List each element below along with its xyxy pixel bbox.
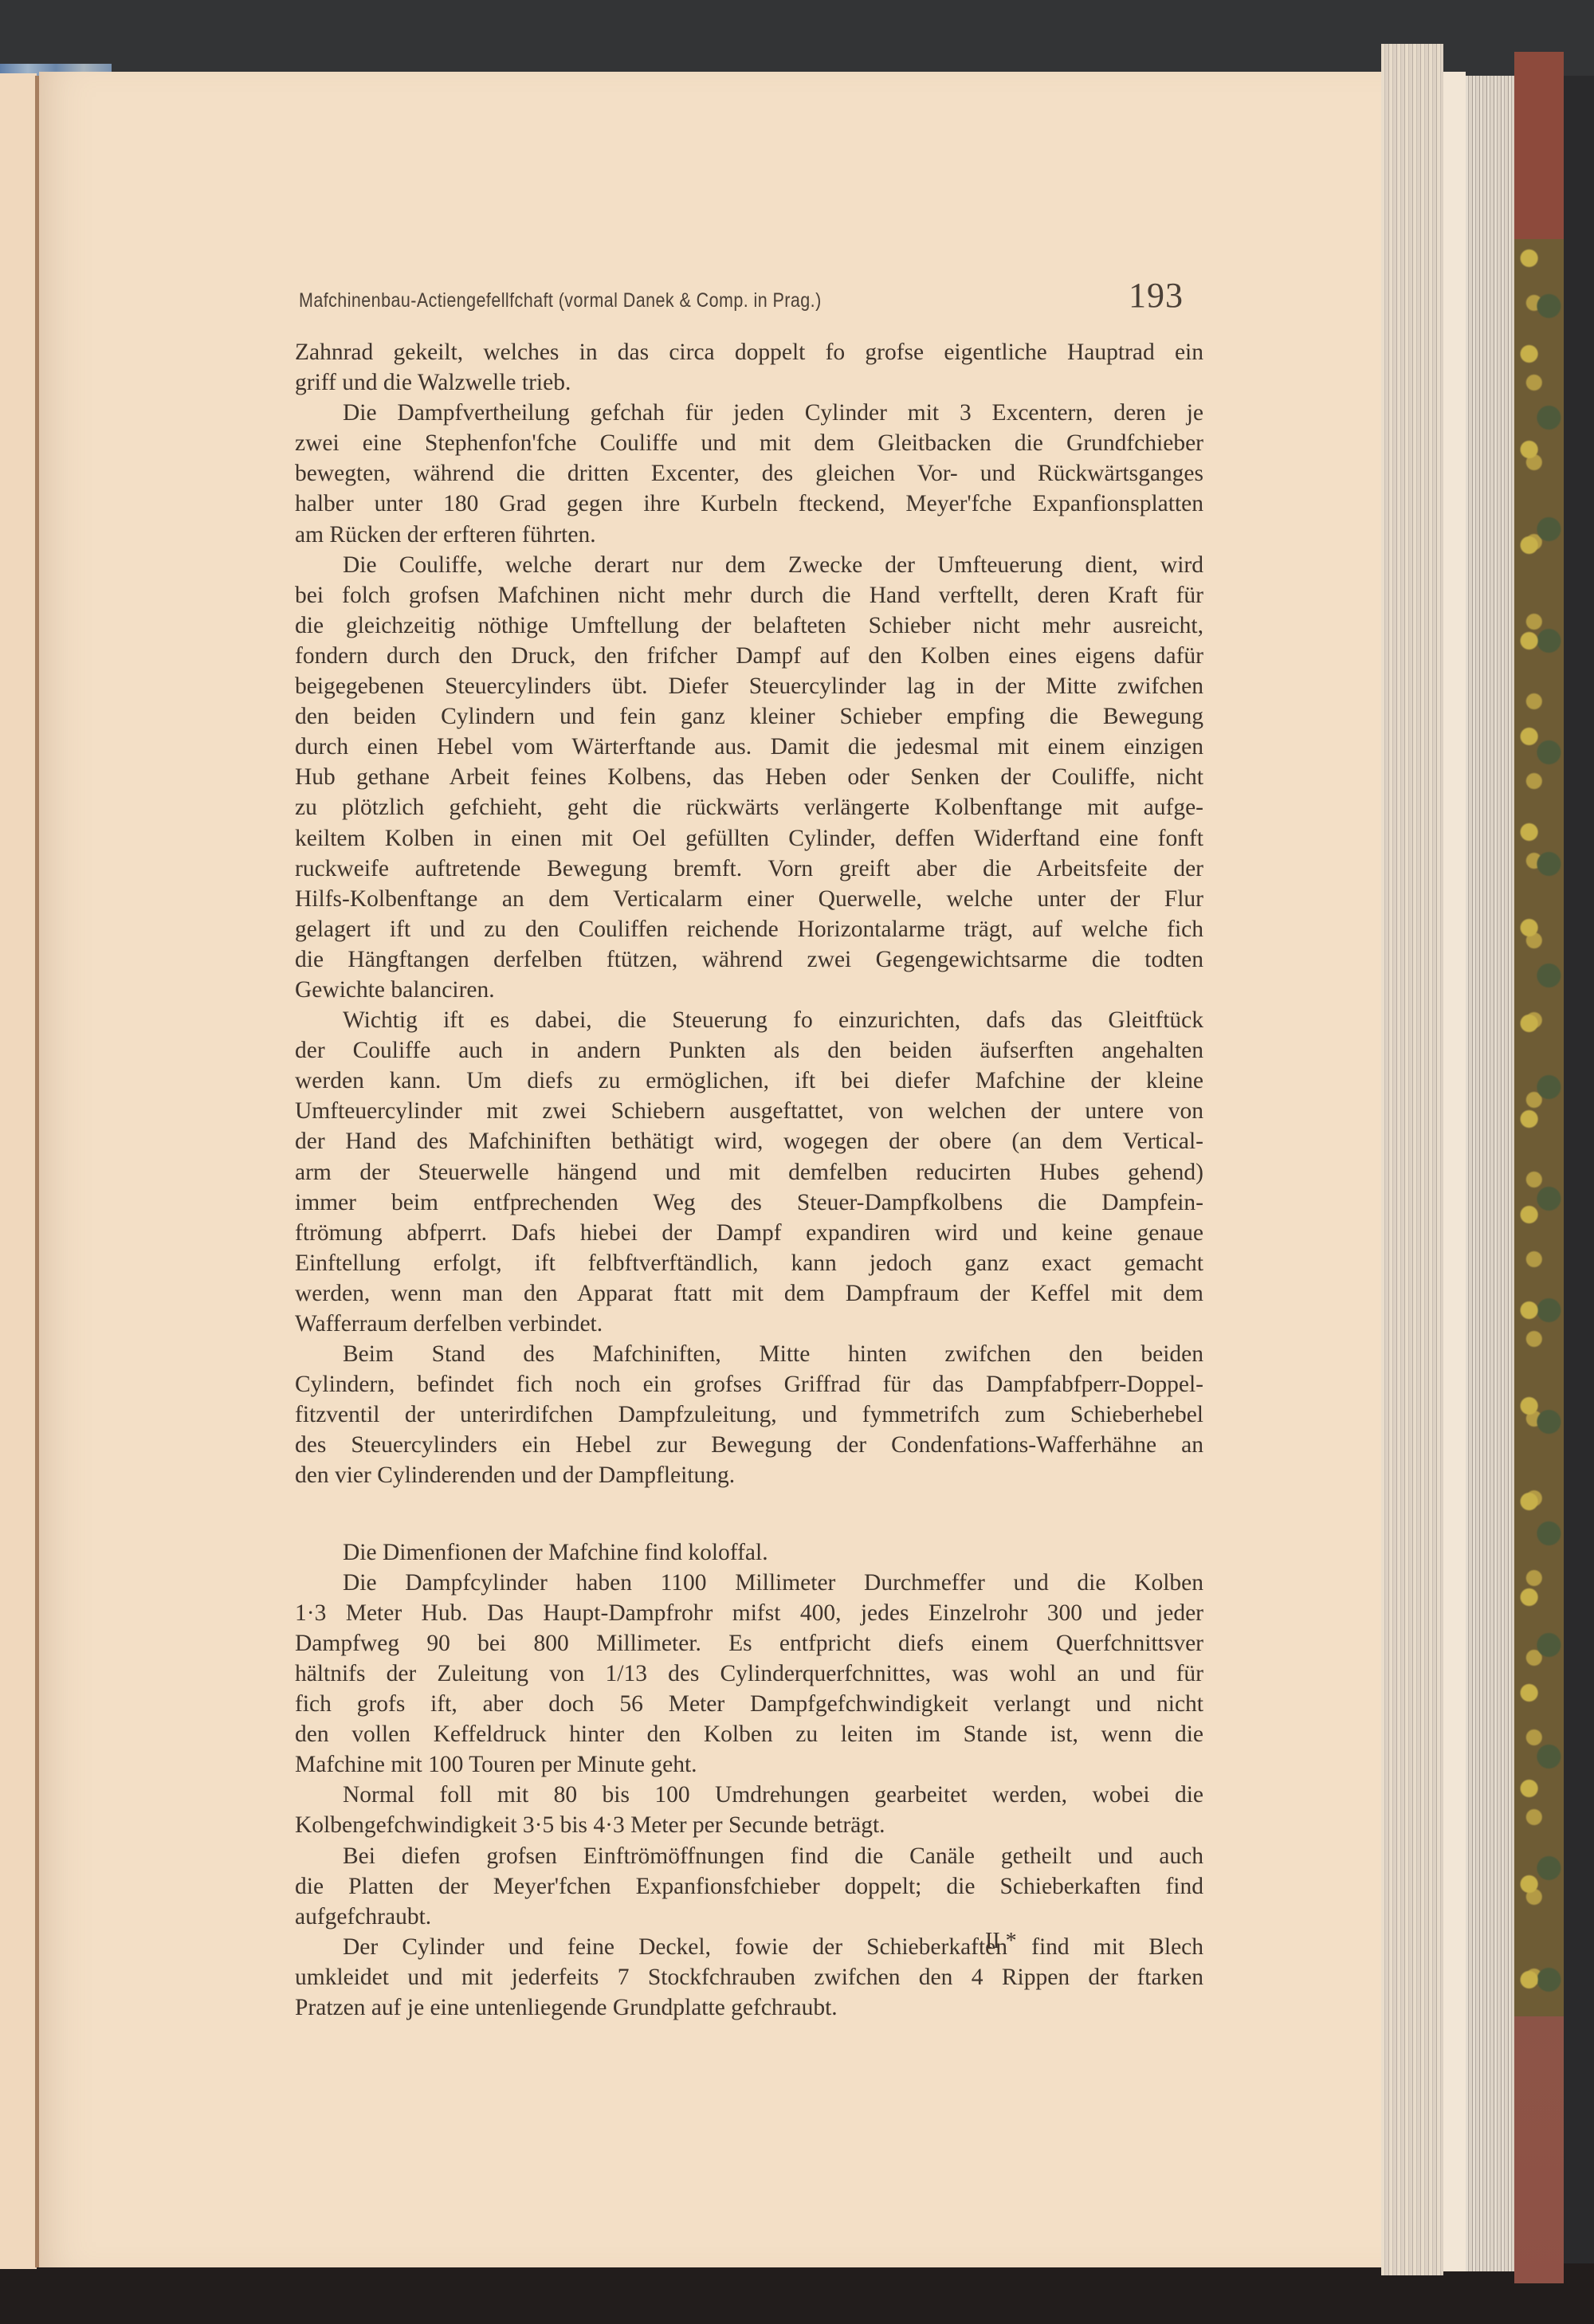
text-line: Die Dimenfionen der Mafchine find koloff… <box>295 1537 1203 1568</box>
text-line: ruckweife auftretende Bewegung bremft. V… <box>295 854 1203 884</box>
text-line: griff und die Walzwelle trieb. <box>295 367 1203 398</box>
text-line: ftrömung abfperrt. Dafs hiebei der Dampf… <box>295 1218 1203 1248</box>
text-line: 1·3 Meter Hub. Das Haupt-Dampfrohr mifst… <box>295 1598 1203 1628</box>
paragraph: Beim Stand des Mafchiniften, Mitte hinte… <box>295 1339 1203 1490</box>
text-line: Bei diefen grofsen Einftrömöffnungen fin… <box>295 1841 1203 1871</box>
text-line: Gewichte balanciren. <box>295 975 1203 1005</box>
running-head: Mafchinenbau-Actiengefellfchaft (vormal … <box>299 275 1184 316</box>
text-line: Mafchine mit 100 Touren per Minute geht. <box>295 1749 1203 1780</box>
text-line: beigegebenen Steuercylinders übt. Diefer… <box>295 671 1203 701</box>
text-line: die Hängftangen derfelben ftützen, währe… <box>295 944 1203 975</box>
page-number: 193 <box>1129 275 1184 316</box>
text-line: Die Dampfcylinder haben 1100 Millimeter … <box>295 1568 1203 1598</box>
text-line: den beiden Cylindern und fein ganz klein… <box>295 701 1203 732</box>
text-line: Kolbengefchwindigkeit 3·5 bis 4·3 Meter … <box>295 1810 1203 1840</box>
text-line: bei folch grofsen Mafchinen nicht mehr d… <box>295 580 1203 610</box>
text-line: Die Dampfvertheilung gefchah für jeden C… <box>295 398 1203 428</box>
text-line: halber unter 180 Grad gegen ihre Kurbeln… <box>295 489 1203 519</box>
paragraph: Die Couliffe, welche derart nur dem Zwec… <box>295 550 1203 1005</box>
page-stack-edge <box>1381 44 1443 2275</box>
paragraph: Bei diefen grofsen Einftrömöffnungen fin… <box>295 1841 1203 1932</box>
scan-background-bottom <box>0 2263 1594 2324</box>
page-body-text: Zahnrad gekeilt, welches in das circa do… <box>295 337 1203 2023</box>
text-line: Der Cylinder und feine Deckel, fowie der… <box>295 1932 1203 1962</box>
text-line: immer beim entfprechenden Weg des Steuer… <box>295 1188 1203 1218</box>
text-line: werden, wenn man den Apparat ftatt mit d… <box>295 1278 1203 1309</box>
paragraph: Die Dampfcylinder haben 1100 Millimeter … <box>295 1568 1203 1780</box>
text-line: Wafferraum derfelben verbindet. <box>295 1309 1203 1339</box>
paragraph: Zahnrad gekeilt, welches in das circa do… <box>295 337 1203 398</box>
text-line: gelagert ift und zu den Couliffen reiche… <box>295 914 1203 944</box>
text-line: Normal foll mit 80 bis 100 Umdrehungen g… <box>295 1780 1203 1810</box>
text-line: Cylindern, befindet fich noch ein grofse… <box>295 1369 1203 1400</box>
text-line: Zahnrad gekeilt, welches in das circa do… <box>295 337 1203 367</box>
text-line: Pratzen auf je eine untenliegende Grundp… <box>295 1992 1203 2023</box>
page-stack-flyleaf <box>1443 72 1466 2271</box>
paragraph: Normal foll mit 80 bis 100 Umdrehungen g… <box>295 1780 1203 1840</box>
paragraph: Der Cylinder und feine Deckel, fowie der… <box>295 1932 1203 2023</box>
text-line: die Platten der Meyer'fchen Expanfionsfc… <box>295 1871 1203 1902</box>
text-line: Wichtig ift es dabei, die Steuerung fo e… <box>295 1005 1203 1035</box>
text-line: bewegten, während die dritten Excenter, … <box>295 458 1203 489</box>
text-line: der Couliffe auch in andern Punkten als … <box>295 1035 1203 1066</box>
text-line: umkleidet und mit jederfeits 7 Stockfchr… <box>295 1962 1203 1992</box>
left-page-edge <box>0 73 37 2269</box>
signature-mark: II * <box>985 1929 1017 1954</box>
text-line: Umfteuercylinder mit zwei Schiebern ausg… <box>295 1096 1203 1126</box>
text-line: fitzventil der unterirdifchen Dampfzulei… <box>295 1400 1203 1430</box>
text-line: zu plötzlich gefchieht, geht die rückwär… <box>295 792 1203 822</box>
text-line: hältnifs der Zuleitung von 1/13 des Cyli… <box>295 1659 1203 1689</box>
text-line: Einftellung erfolgt, ift felbftverftändl… <box>295 1248 1203 1278</box>
paragraph: Wichtig ift es dabei, die Steuerung fo e… <box>295 1005 1203 1339</box>
text-line: den vollen Keffeldruck hinter den Kolben… <box>295 1719 1203 1749</box>
text-line: Hub gethane Arbeit feines Kolbens, das H… <box>295 762 1203 792</box>
paragraph: Die Dampfvertheilung gefchah für jeden C… <box>295 398 1203 549</box>
running-head-title: Mafchinenbau-Actiengefellfchaft (vormal … <box>299 289 822 312</box>
text-line: fondern durch den Druck, den frifcher Da… <box>295 641 1203 671</box>
text-line: Dampfweg 90 bei 800 Millimeter. Es entfp… <box>295 1628 1203 1659</box>
text-line: keiltem Kolben in einen mit Oel gefüllte… <box>295 823 1203 854</box>
text-line: zwei eine Stephenfon'fche Couliffe und m… <box>295 428 1203 458</box>
text-line: werden kann. Um diefs zu ermöglichen, if… <box>295 1066 1203 1096</box>
text-line: am Rücken der erfteren führten. <box>295 520 1203 550</box>
scan-background-top <box>0 0 1594 76</box>
marbled-cover-paper <box>1514 239 1564 2016</box>
page-stack-edge-back <box>1466 76 1515 2271</box>
text-line: Hilfs-Kolbenftange an dem Verticalarm ei… <box>295 884 1203 914</box>
text-line: der Hand des Mafchiniften bethätigt wird… <box>295 1126 1203 1156</box>
text-line: Beim Stand des Mafchiniften, Mitte hinte… <box>295 1339 1203 1369</box>
text-line: des Steuercylinders ein Hebel zur Bewegu… <box>295 1430 1203 1460</box>
text-line: fich grofs ift, aber doch 56 Meter Dampf… <box>295 1689 1203 1719</box>
text-line: den vier Cylinderenden und der Dampfleit… <box>295 1460 1203 1490</box>
text-line: aufgefchraubt. <box>295 1902 1203 1932</box>
text-line: die gleichzeitig nöthige Umftellung der … <box>295 610 1203 641</box>
text-line: durch einen Hebel vom Wärterftande aus. … <box>295 732 1203 762</box>
section-break <box>295 1491 1203 1537</box>
text-line: arm der Steuerwelle hängend und mit demf… <box>295 1157 1203 1188</box>
text-line: Die Couliffe, welche derart nur dem Zwec… <box>295 550 1203 580</box>
paragraph: Die Dimenfionen der Mafchine find koloff… <box>295 1537 1203 1568</box>
